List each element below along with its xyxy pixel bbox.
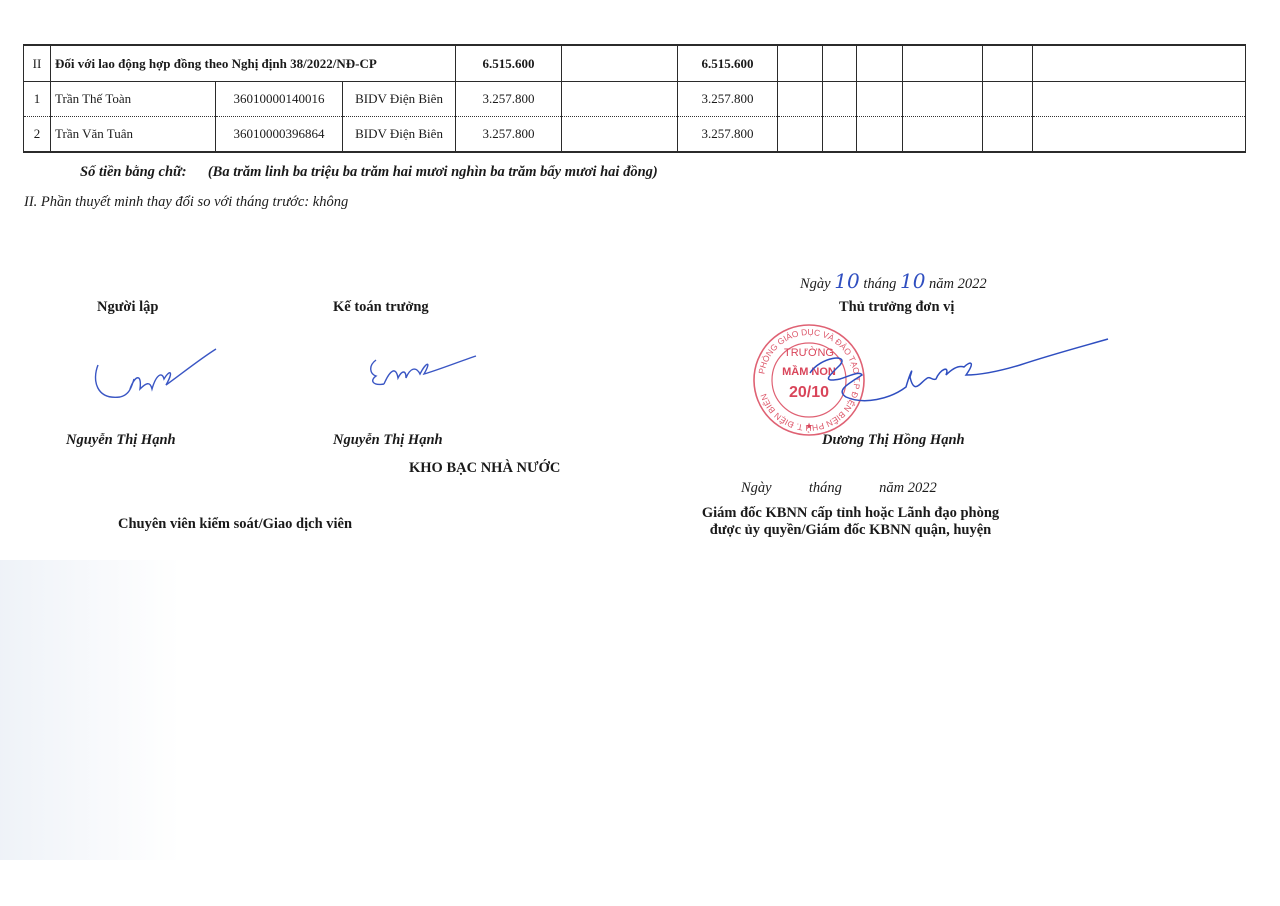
amount: 3.257.800: [456, 82, 562, 117]
account-number: 36010000396864: [216, 117, 343, 153]
empty-cell: [823, 45, 857, 82]
treasury-officer-title: Chuyên viên kiểm soát/Giao dịch viên: [118, 516, 352, 533]
empty-cell: [562, 45, 678, 82]
preparer-signature: [90, 345, 225, 405]
table-section-row: II Đối với lao động hợp đồng theo Nghị đ…: [24, 45, 1246, 82]
treasury-heading: KHO BẠC NHÀ NƯỚC: [409, 460, 560, 477]
unit-date: Ngày 10 tháng 10 năm 2022: [800, 269, 987, 293]
date-prefix: Ngày: [800, 276, 831, 292]
chief-accountant-name: Nguyễn Thị Hạnh: [333, 432, 443, 449]
empty-cell: [983, 45, 1033, 82]
treasury-director-title: Giám đốc KBNN cấp tỉnh hoặc Lãnh đạo phò…: [678, 505, 1023, 539]
treasury-date-prefix: Ngày: [741, 480, 772, 496]
section-index: II: [24, 45, 51, 82]
treasury-date: Ngày tháng năm 2022: [741, 480, 937, 497]
scan-shadow: [0, 560, 180, 860]
head-of-unit-signature: [780, 335, 1115, 415]
empty-cell: [1033, 117, 1246, 153]
section-total: 6.515.600: [678, 45, 778, 82]
row-index: 2: [24, 117, 51, 153]
chief-accountant-title: Kế toán trưởng: [333, 299, 429, 316]
empty-cell: [778, 82, 823, 117]
preparer-title: Người lập: [97, 299, 158, 316]
empty-cell: [983, 82, 1033, 117]
date-month-label: tháng: [863, 276, 896, 292]
change-explanation: II. Phần thuyết minh thay đổi so với thá…: [24, 194, 348, 211]
amount-in-words-label: Số tiền bằng chữ:: [80, 164, 187, 180]
empty-cell: [903, 45, 983, 82]
empty-cell: [857, 45, 903, 82]
section-label: Đối với lao động hợp đồng theo Nghị định…: [51, 45, 456, 82]
table-row: 1 Trần Thế Toàn 36010000140016 BIDV Điện…: [24, 82, 1246, 117]
treasury-date-month-label: tháng: [809, 480, 842, 496]
empty-cell: [823, 82, 857, 117]
empty-cell: [1033, 82, 1246, 117]
empty-cell: [857, 117, 903, 153]
bank-name: BIDV Điện Biên: [343, 117, 456, 153]
empty-cell: [857, 82, 903, 117]
employee-name: Trần Văn Tuân: [51, 117, 216, 153]
row-index: 1: [24, 82, 51, 117]
amount-in-words: Số tiền bằng chữ: (Ba trăm linh ba triệu…: [80, 164, 658, 181]
empty-cell: [778, 45, 823, 82]
empty-cell: [562, 82, 678, 117]
empty-cell: [562, 117, 678, 153]
head-of-unit-name: Dương Thị Hồng Hạnh: [822, 432, 965, 449]
treasury-date-year-label: năm 2022: [879, 480, 937, 496]
total: 3.257.800: [678, 82, 778, 117]
employee-name: Trần Thế Toàn: [51, 82, 216, 117]
empty-cell: [903, 117, 983, 153]
head-of-unit-title: Thủ trưởng đơn vị: [839, 299, 954, 316]
empty-cell: [983, 117, 1033, 153]
empty-cell: [903, 82, 983, 117]
table-row: 2 Trần Văn Tuân 36010000396864 BIDV Điện…: [24, 117, 1246, 153]
amount-in-words-value: (Ba trăm linh ba triệu ba trăm hai mươi …: [208, 164, 658, 180]
preparer-name: Nguyễn Thị Hạnh: [66, 432, 176, 449]
amount: 3.257.800: [456, 117, 562, 153]
account-number: 36010000140016: [216, 82, 343, 117]
empty-cell: [823, 117, 857, 153]
bank-name: BIDV Điện Biên: [343, 82, 456, 117]
stamp-star-icon: ★: [805, 421, 813, 431]
date-month-handwritten: 10: [900, 269, 925, 293]
director-title-line-2: được ủy quyền/Giám đốc KBNN quận, huyện: [678, 522, 1023, 539]
date-year-label: năm 2022: [929, 276, 987, 292]
date-day-handwritten: 10: [834, 269, 859, 293]
total: 3.257.800: [678, 117, 778, 153]
empty-cell: [778, 117, 823, 153]
director-title-line-1: Giám đốc KBNN cấp tỉnh hoặc Lãnh đạo phò…: [678, 505, 1023, 522]
empty-cell: [1033, 45, 1246, 82]
section-amount: 6.515.600: [456, 45, 562, 82]
chief-accountant-signature: [366, 350, 481, 395]
payment-table: II Đối với lao động hợp đồng theo Nghị đ…: [23, 44, 1246, 153]
